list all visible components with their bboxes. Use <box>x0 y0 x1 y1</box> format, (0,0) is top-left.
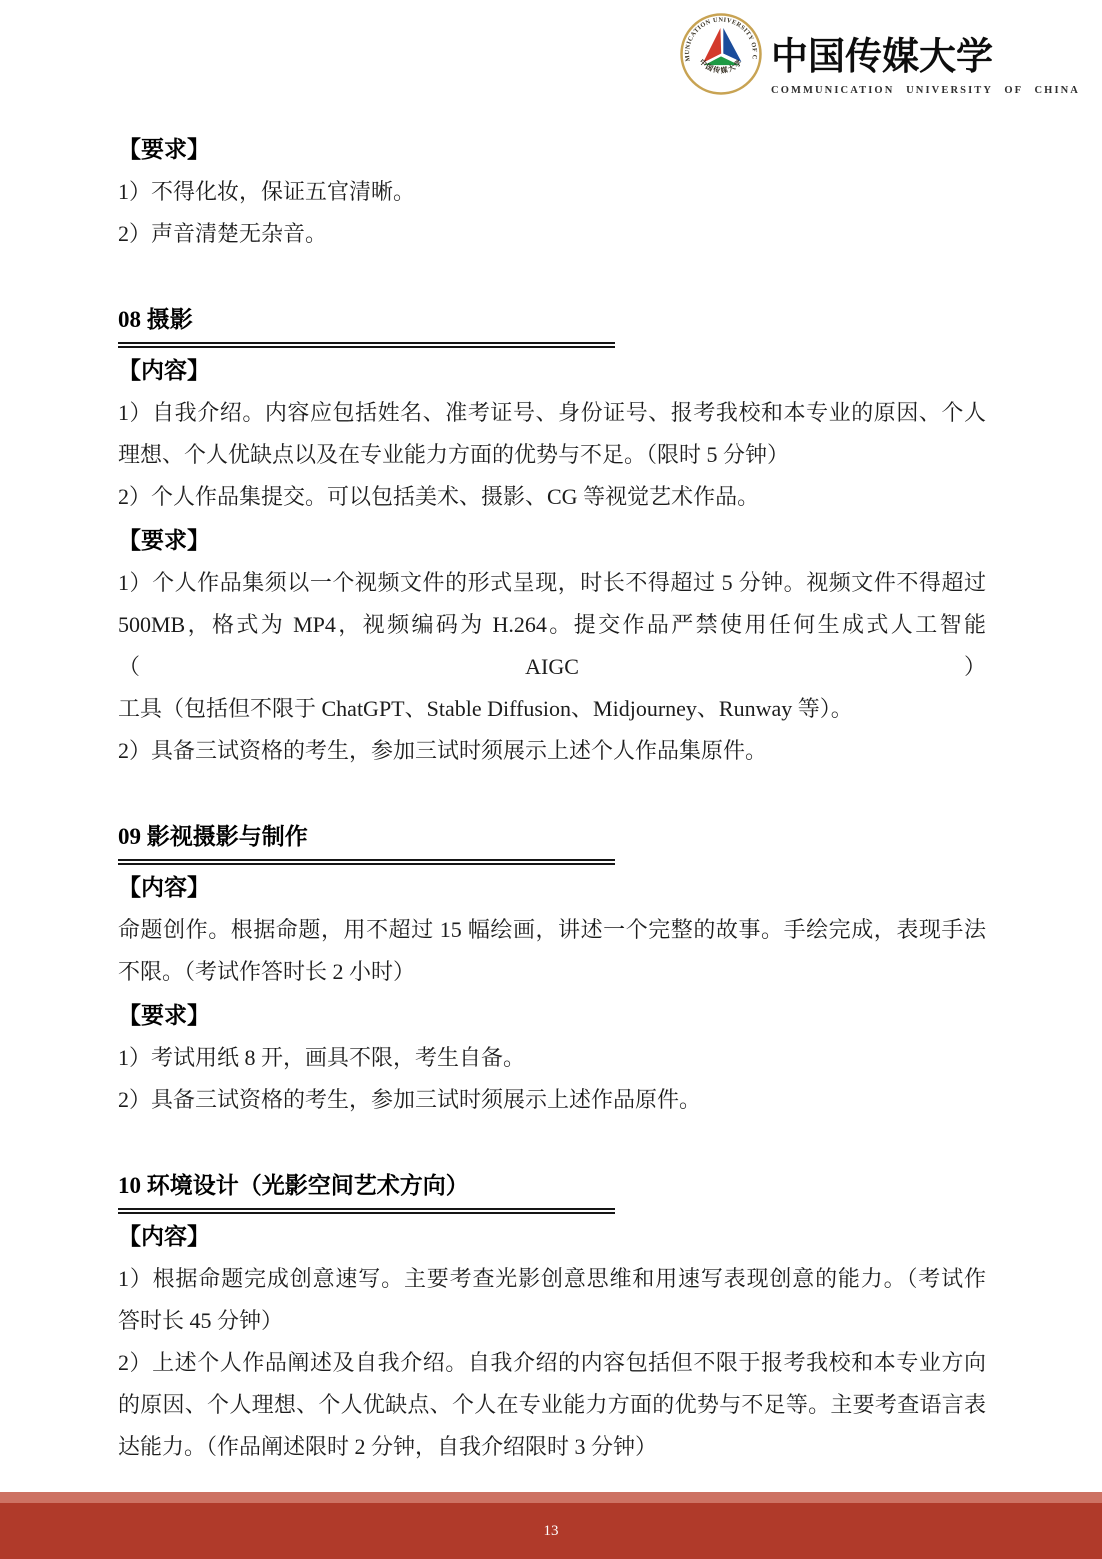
section-title: 08 摄影 <box>118 299 986 341</box>
section-title: 09 影视摄影与制作 <box>118 816 986 858</box>
page-footer: 13 <box>0 1492 1102 1559</box>
section-10: 10 环境设计（光影空间艺术方向） 【内容】 1）根据命题完成创意速写。主要考查… <box>118 1165 986 1468</box>
requirements-label: 【要求】 <box>118 520 986 562</box>
content-label: 【内容】 <box>118 350 986 392</box>
content-line: 1）自我介绍。内容应包括姓名、准考证号、身份证号、报考我校和本专业的原因、个人 <box>118 392 986 434</box>
content-line: 达能力。（作品阐述限时 2 分钟，自我介绍限时 3 分钟） <box>118 1426 986 1468</box>
university-name-zh: 中国传媒大学 <box>771 38 1080 79</box>
university-logo: COMMUNICATION UNIVERSITY OF CHINA 中国传媒大学… <box>679 12 1080 96</box>
content-label: 【内容】 <box>118 867 986 909</box>
requirement-item: 1）不得化妆，保证五官清晰。 <box>118 171 986 213</box>
section-rule <box>118 859 615 865</box>
section-rule <box>118 342 615 348</box>
requirement-line: 2）具备三试资格的考生，参加三试时须展示上述个人作品集原件。 <box>118 730 986 772</box>
requirement-item: 2）声音清楚无杂音。 <box>118 213 986 255</box>
requirements-label: 【要求】 <box>118 995 986 1037</box>
requirements-label: 【要求】 <box>118 129 986 171</box>
section-rule <box>118 1208 615 1214</box>
content-line: 1）根据命题完成创意速写。主要考查光影创意思维和用速写表现创意的能力。（考试作 <box>118 1258 986 1300</box>
page-number: 13 <box>544 1524 559 1539</box>
requirement-line: 工具（包括但不限于 ChatGPT、Stable Diffusion、Midjo… <box>118 688 986 730</box>
requirement-line: 1）考试用纸 8 开，画具不限，考生自备。 <box>118 1037 986 1079</box>
section-08: 08 摄影 【内容】 1）自我介绍。内容应包括姓名、准考证号、身份证号、报考我校… <box>118 299 986 772</box>
content-line: 答时长 45 分钟） <box>118 1300 986 1342</box>
document-body: 【要求】 1）不得化妆，保证五官清晰。 2）声音清楚无杂音。 08 摄影 【内容… <box>0 0 1102 1468</box>
document-page: COMMUNICATION UNIVERSITY OF CHINA 中国传媒大学… <box>0 0 1102 1559</box>
content-label: 【内容】 <box>118 1216 986 1258</box>
content-line: 2）个人作品集提交。可以包括美术、摄影、CG 等视觉艺术作品。 <box>118 476 986 518</box>
footer-bar: 13 <box>0 1503 1102 1559</box>
content-line: 2）上述个人作品阐述及自我介绍。自我介绍的内容包括但不限于报考我校和本专业方向 <box>118 1342 986 1384</box>
content-line: 命题创作。根据命题，用不超过 15 幅绘画，讲述一个完整的故事。手绘完成，表现手… <box>118 909 986 951</box>
university-name-en: COMMUNICATION UNIVERSITY OF CHINA <box>771 85 1080 96</box>
requirement-line: 2）具备三试资格的考生，参加三试时须展示上述作品原件。 <box>118 1079 986 1121</box>
university-wordmark: 中国传媒大学 COMMUNICATION UNIVERSITY OF CHINA <box>771 38 1080 96</box>
section-title: 10 环境设计（光影空间艺术方向） <box>118 1165 986 1207</box>
section-09: 09 影视摄影与制作 【内容】 命题创作。根据命题，用不超过 15 幅绘画，讲述… <box>118 816 986 1121</box>
content-line: 的原因、个人理想、个人优缺点、个人在专业能力方面的优势与不足等。主要考查语言表 <box>118 1384 986 1426</box>
content-line: 理想、个人优缺点以及在专业能力方面的优势与不足。（限时 5 分钟） <box>118 434 986 476</box>
university-seal-icon: COMMUNICATION UNIVERSITY OF CHINA 中国传媒大学 <box>679 12 763 96</box>
footer-accent-strip <box>0 1492 1102 1503</box>
requirement-line: 1）个人作品集须以一个视频文件的形式呈现，时长不得超过 5 分钟。视频文件不得超… <box>118 562 986 604</box>
content-line: 不限。（考试作答时长 2 小时） <box>118 951 986 993</box>
requirement-line: 500MB，格式为 MP4，视频编码为 H.264。提交作品严禁使用任何生成式人… <box>118 604 986 688</box>
